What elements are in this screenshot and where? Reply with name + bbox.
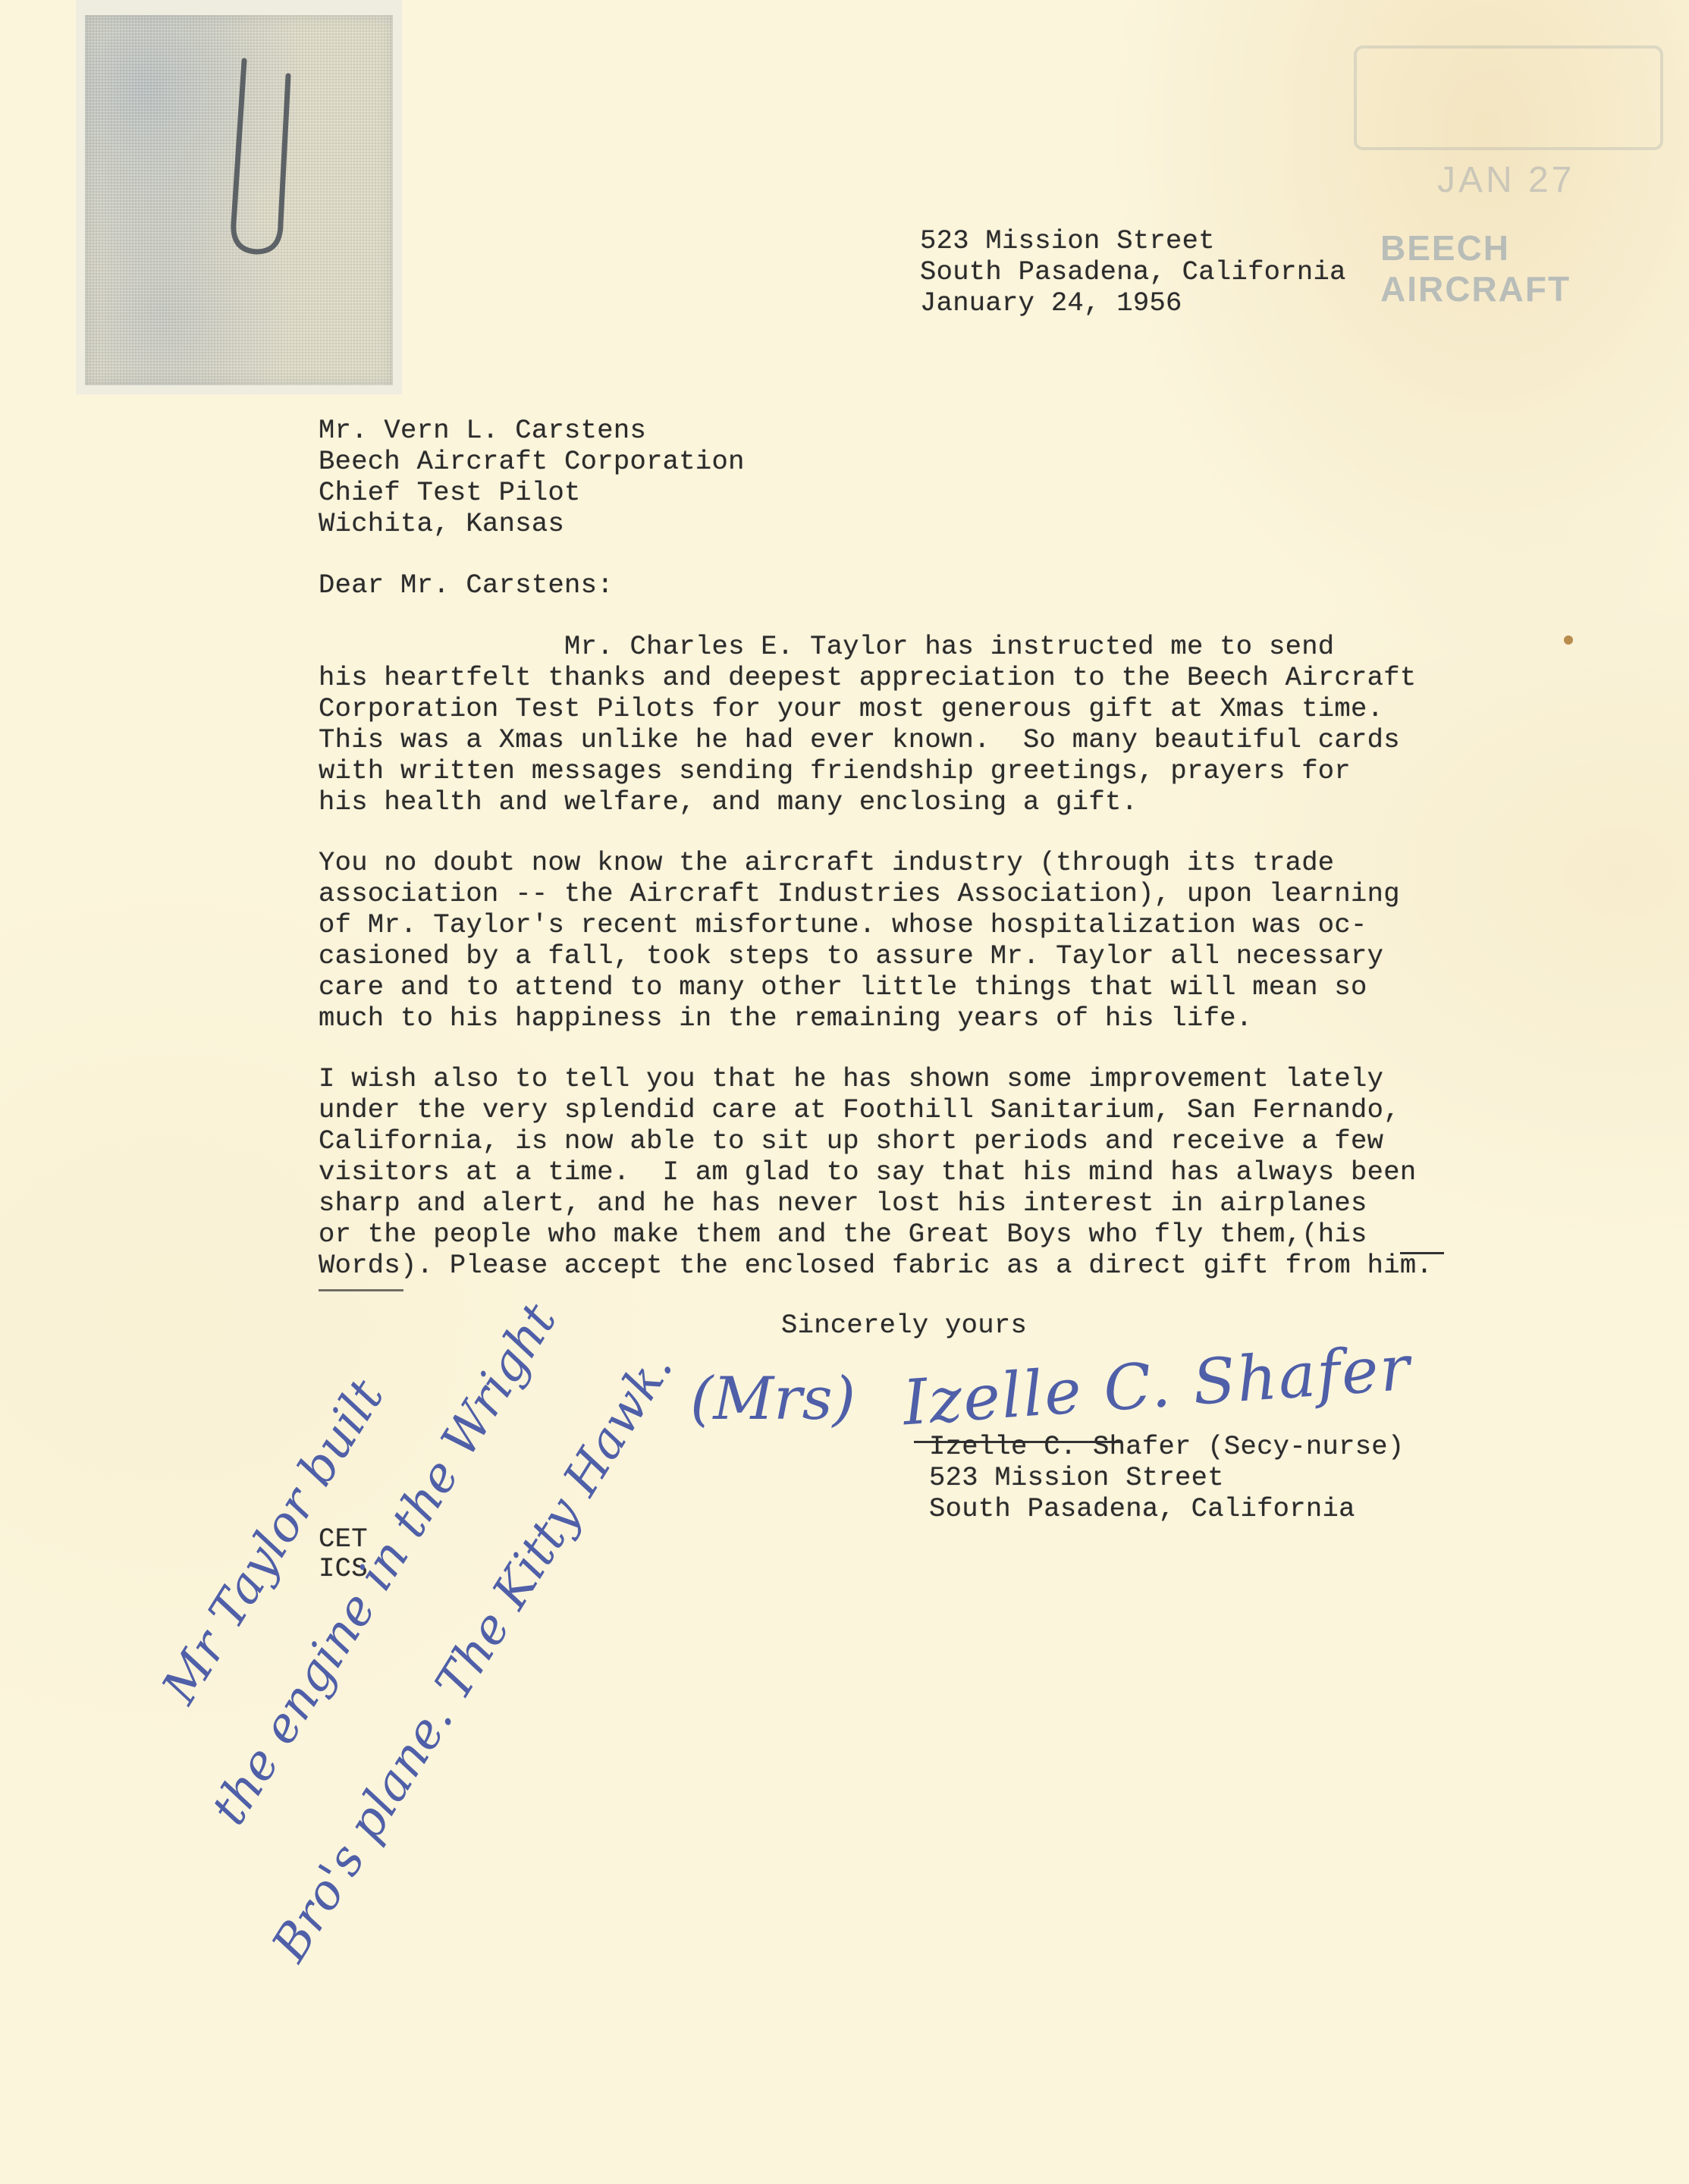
paper-stain	[1564, 635, 1573, 645]
stamp-date: JAN 27	[1437, 159, 1574, 201]
handwritten-signature: Izelle C. Shafer	[901, 1332, 1414, 1440]
recipient-name: Mr. Vern L. Carstens	[319, 416, 646, 447]
from-overline	[1400, 1252, 1444, 1254]
sender-street: 523 Mission Street	[920, 226, 1215, 257]
paragraph-line: with written messages sending friendship…	[319, 756, 1351, 787]
salutation: Dear Mr. Carstens:	[319, 570, 614, 601]
signer-city-state: South Pasadena, California	[929, 1494, 1355, 1525]
paragraph-line: under the very splendid care at Foothill…	[319, 1095, 1400, 1126]
paragraph-line: much to his happiness in the remaining y…	[319, 1003, 1252, 1034]
recipient-title: Chief Test Pilot	[319, 478, 581, 509]
paragraph-line: California, is now able to sit up short …	[319, 1126, 1383, 1157]
closing: Sincerely yours	[781, 1310, 1027, 1341]
stamp-company: BEECH AIRCRAFT	[1380, 227, 1665, 309]
recipient-company: Beech Aircraft Corporation	[319, 447, 745, 478]
paragraph-line: or the people who make them and the Grea…	[319, 1219, 1367, 1250]
received-stamp: JAN 27 BEECH AIRCRAFT	[1331, 45, 1665, 273]
paragraph-line: Corporation Test Pilots for your most ge…	[319, 694, 1383, 725]
paragraph-line: Words). Please accept the enclosed fabri…	[319, 1250, 1433, 1282]
paragraph-line: care and to attend to many other little …	[319, 972, 1367, 1003]
paragraph-line: This was a Xmas unlike he had ever known…	[319, 725, 1400, 756]
paragraph-line: his heartfelt thanks and deepest appreci…	[319, 663, 1416, 694]
stamp-box	[1354, 45, 1663, 150]
signer-street: 523 Mission Street	[929, 1463, 1224, 1494]
signature-prefix: (Mrs)	[690, 1365, 855, 1433]
paper-clip-icon	[228, 30, 296, 258]
paragraph-line: sharp and alert, and he has never lost h…	[319, 1188, 1367, 1219]
words-underline	[319, 1289, 403, 1291]
paragraph-line: I wish also to tell you that he has show…	[319, 1064, 1383, 1095]
sender-city-state: South Pasadena, California	[920, 257, 1346, 288]
letter-date: January 24, 1956	[920, 288, 1182, 319]
paragraph-line: casioned by a fall, took steps to assure…	[319, 941, 1383, 972]
paragraph-line: his health and welfare, and many enclosi…	[319, 787, 1138, 818]
recipient-city-state: Wichita, Kansas	[319, 509, 564, 540]
paragraph-line: You no doubt now know the aircraft indus…	[319, 848, 1334, 879]
paragraph-line: association -- the Aircraft Industries A…	[319, 879, 1400, 910]
paragraph-line: of Mr. Taylor's recent misfortune. whose…	[319, 910, 1367, 941]
paragraph-line: Mr. Charles E. Taylor has instructed me …	[319, 632, 1334, 663]
paragraph-line: visitors at a time. I am glad to say tha…	[319, 1157, 1416, 1188]
signer-typed-name: Izelle C. Shafer (Secy-nurse)	[929, 1432, 1405, 1463]
